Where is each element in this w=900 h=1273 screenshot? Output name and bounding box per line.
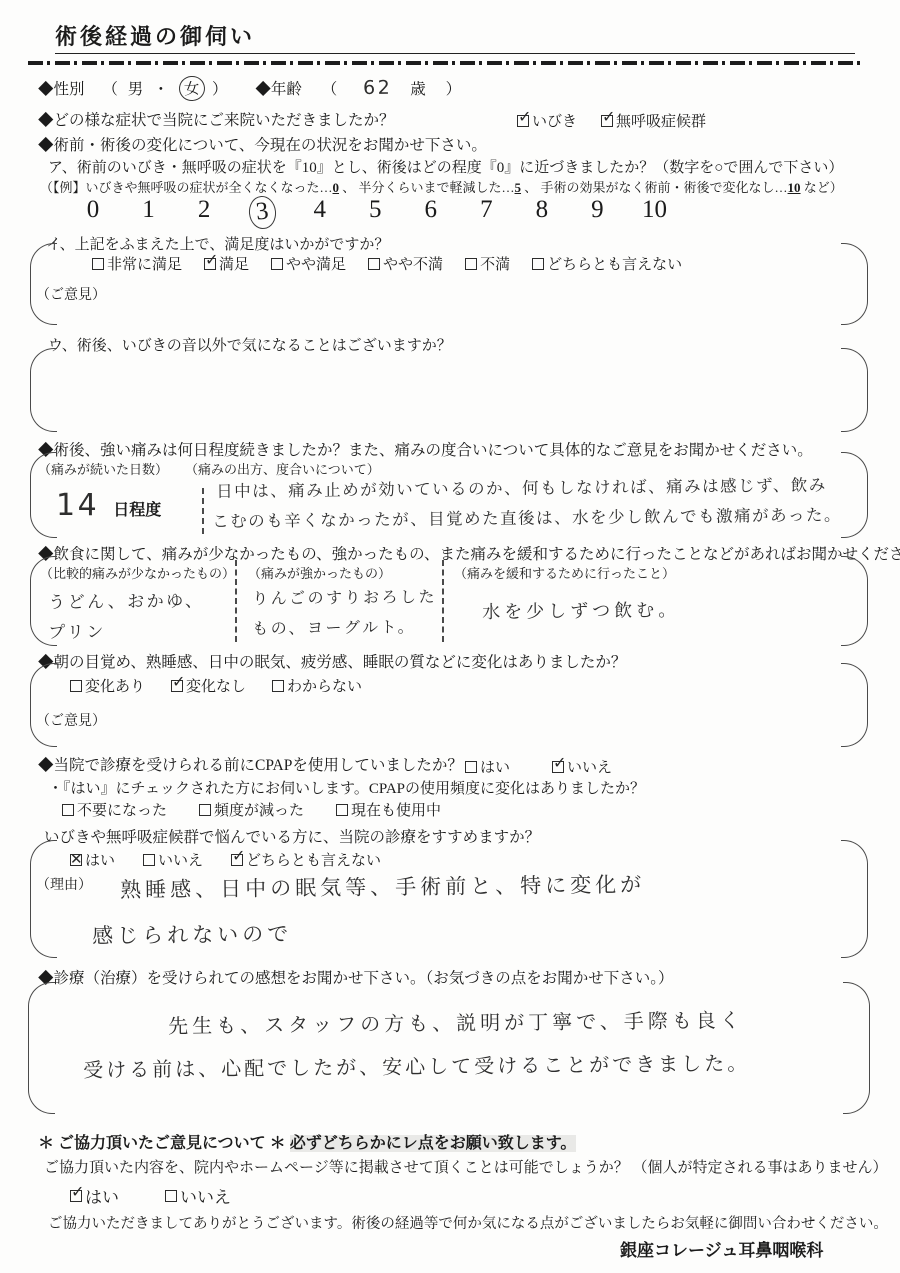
- profile-row: ◆性別 （ 男 ・ 女 ） ◆年齢 （ 62 歳 ）: [38, 76, 461, 101]
- checkbox-rec-no[interactable]: [143, 854, 155, 866]
- cpap-freq-options: 不要になった 頻度が減った 現在も使用中: [62, 799, 441, 820]
- severity-scale: 0 1 2 3 4 5 6 7 8 9 10: [82, 196, 667, 229]
- checkbox-label: どちらとも言えない: [246, 849, 381, 870]
- eating-col2-label: （痛みが強かったもの）: [248, 563, 391, 582]
- option-wakaranai: わからない: [272, 675, 362, 696]
- gender-option-female-circled[interactable]: 女: [178, 75, 205, 102]
- option-fuman: 不満: [465, 253, 510, 274]
- checkbox-rec-dochira[interactable]: [231, 854, 243, 866]
- option-rec-dochira: どちらとも言えない: [231, 849, 381, 870]
- pain-box: （痛みが続いた日数） （痛みの出方、度合いについて） 14 日程度 日中は、痛み…: [30, 452, 868, 538]
- cpap-option-yes: はい: [465, 756, 510, 777]
- section-divider: [28, 61, 860, 65]
- option-dochira: どちらとも言えない: [532, 253, 682, 274]
- recommend-reason-line1-handwritten[interactable]: 熟睡感、日中の眠気等、手術前と、特に変化が: [120, 869, 645, 904]
- checkbox-label: 不要になった: [77, 799, 167, 820]
- change-heading: ◆術前・術後の変化について、今現在の状況をお聞かせ下さい。: [38, 133, 487, 155]
- pain-days-label: （痛みが続いた日数）: [38, 459, 168, 478]
- scale-9[interactable]: 9: [586, 196, 608, 229]
- option-manzoku: 満足: [204, 253, 249, 274]
- scale-8[interactable]: 8: [531, 196, 553, 229]
- checkbox-label: 頻度が減った: [214, 799, 304, 820]
- checkbox-dochira[interactable]: [532, 258, 544, 270]
- age-value-handwritten[interactable]: 62: [363, 77, 392, 99]
- scale-0[interactable]: 0: [82, 196, 104, 229]
- paren: ）: [446, 81, 462, 98]
- checkbox-label: 変化なし: [186, 675, 246, 696]
- checkbox-label: はい: [480, 756, 510, 777]
- symptom-question: ◆どの様な症状で当院にご来院いただきましたか？: [38, 108, 395, 130]
- recommend-options: はい いいえ どちらとも言えない: [70, 849, 868, 870]
- gender-option-male[interactable]: 男: [128, 81, 144, 98]
- opinion-label: （ご意見）: [36, 284, 868, 304]
- scale-6[interactable]: 6: [420, 196, 442, 229]
- consent-heading-prefix: ＊ ご協力頂いたご意見について ＊: [38, 1135, 290, 1152]
- scale-7[interactable]: 7: [475, 196, 497, 229]
- cpap-followup: ・『はい』にチェックされた方にお伺いします。CPAPの使用頻度に変化はありました…: [48, 777, 645, 798]
- checkbox-label: やや不満: [383, 253, 443, 274]
- eating-col1-line2-handwritten[interactable]: プリン: [48, 617, 106, 643]
- pain-days-answer[interactable]: 14 日程度: [56, 488, 161, 523]
- checkbox-henka-ari[interactable]: [70, 680, 82, 692]
- option-rec-no: いいえ: [143, 849, 203, 870]
- checkbox-label: 現在も使用中: [351, 799, 441, 820]
- consent-option-yes: はい: [70, 1183, 119, 1208]
- checkbox-label: はい: [85, 1183, 119, 1208]
- cpap-option-no: いいえ: [552, 756, 612, 777]
- scale-5[interactable]: 5: [364, 196, 386, 229]
- option-henka-ari: 変化あり: [70, 675, 145, 696]
- example-text: 、 手術の効果がなく術前・術後で変化なし…: [521, 180, 788, 195]
- eating-col1-line1-handwritten[interactable]: うどん、おかゆ、: [48, 586, 205, 613]
- dot: ・: [153, 81, 169, 98]
- eating-box: （比較的痛みが少なかったもの） （痛みが強かったもの） （痛みを緩和するために行…: [30, 556, 868, 646]
- gender-label: ◆性別: [38, 81, 85, 98]
- change-example: （【例】いびきや無呼吸の症状が全くなくなった…0 、 半分くらいまで軽減した…5…: [40, 177, 843, 196]
- checkbox-genzai-shiyou[interactable]: [336, 804, 348, 816]
- consent-options: はい いいえ: [70, 1183, 231, 1208]
- consent-heading-bold: 必ずどちらかにレ点をお願い致します。: [290, 1135, 577, 1152]
- age-label: ◆年齢: [255, 81, 302, 98]
- scale-1[interactable]: 1: [138, 196, 160, 229]
- consent-option-no: いいえ: [165, 1183, 231, 1208]
- consent-heading: ＊ ご協力頂いたご意見について ＊ 必ずどちらかにレ点をお願い致します。: [38, 1130, 576, 1153]
- example-text: など）: [801, 180, 843, 195]
- option-henka-nashi: 変化なし: [171, 675, 246, 696]
- checkbox-henka-nashi[interactable]: [171, 680, 183, 692]
- option-fuyou: 不要になった: [62, 799, 167, 820]
- change-sub-a: ア、術前のいびき・無呼吸の症状を『10』とし、術後はどの程度『0』に近づきました…: [48, 156, 843, 177]
- sleep-box: 変化あり 変化なし わからない （ご意見）: [30, 663, 868, 747]
- option-hijoni-manzoku: 非常に満足: [92, 253, 182, 274]
- checkbox-fuman[interactable]: [465, 258, 477, 270]
- pain-detail-line2-handwritten[interactable]: こむのも辛くなかったが、目覚めた直後は、水を少し飲んでも激痛があった。: [212, 501, 842, 532]
- eating-col3-line1-handwritten[interactable]: 水を少しずつ飲む。: [482, 596, 680, 624]
- symptom-option-ibiki: いびき: [517, 110, 577, 131]
- checkbox-label: やや満足: [286, 253, 346, 274]
- checkbox-consent-yes[interactable]: [70, 1190, 82, 1202]
- checkbox-label: いびき: [532, 110, 577, 131]
- recommend-box: はい いいえ どちらとも言えない （理由） 熟睡感、日中の眠気等、手術前と、特に…: [30, 840, 868, 958]
- sleep-options: 変化あり 変化なし わからない: [70, 675, 868, 696]
- pain-detail-line1-handwritten[interactable]: 日中は、痛み止めが効いているのか、何もしなければ、痛みは感じず、飲み: [216, 472, 827, 502]
- checkbox-label: はい: [85, 849, 115, 870]
- clinic-name: 銀座コレージュ耳鼻咽喉科: [620, 1236, 823, 1261]
- option-genzai-shiyou: 現在も使用中: [336, 799, 441, 820]
- checkbox-label: いいえ: [567, 756, 612, 777]
- eating-col2-line2-handwritten[interactable]: もの、ヨーグルト。: [252, 614, 416, 639]
- questionnaire-form: 術後経過の御伺い ◆性別 （ 男 ・ 女 ） ◆年齢 （ 62 歳 ） ◆どの様…: [0, 0, 900, 1273]
- checkbox-label: わからない: [287, 675, 362, 696]
- checkbox-hindo-hetta[interactable]: [199, 804, 211, 816]
- page-title: 術後経過の御伺い: [55, 20, 255, 51]
- paren: （: [102, 81, 118, 98]
- checkbox-yaya-manzoku[interactable]: [271, 258, 283, 270]
- paren: ）: [212, 81, 228, 98]
- symptom-option-mukokyu: 無呼吸症候群: [601, 110, 706, 131]
- eating-col3-label: （痛みを緩和するために行ったこと）: [454, 563, 675, 582]
- example-text: （【例】いびきや無呼吸の症状が全くなくなった…: [40, 180, 333, 195]
- checkbox-yaya-fuman[interactable]: [368, 258, 380, 270]
- checkbox-label: 満足: [219, 253, 249, 274]
- option-rec-yes: はい: [70, 849, 115, 870]
- age-unit: 歳: [410, 81, 426, 98]
- checkbox-rec-yes-crossed[interactable]: [70, 854, 82, 866]
- scale-4[interactable]: 4: [309, 196, 331, 229]
- cpap-answer: はい いいえ: [465, 756, 612, 777]
- checkbox-wakaranai[interactable]: [272, 680, 284, 692]
- satisfaction-options: 非常に満足 満足 やや満足 やや不満 不満 どちらとも言えない: [92, 253, 868, 274]
- impressions-line1-handwritten[interactable]: 先生も、スタッフの方も、説明が丁寧で、手際も良く: [168, 1004, 744, 1039]
- consent-question: ご協力頂いた内容を、院内やホームページ等に掲載させて頂くことは可能でしょうか？ …: [44, 1156, 887, 1177]
- example-value-10: 10: [788, 180, 801, 195]
- option-yaya-fuman: やや不満: [368, 253, 443, 274]
- column-divider: [442, 560, 444, 642]
- column-divider: [235, 560, 237, 642]
- checkbox-label: 変化あり: [85, 675, 145, 696]
- pain-days-unit: 日程度: [113, 502, 161, 519]
- scale-2[interactable]: 2: [193, 196, 215, 229]
- checkbox-label: いいえ: [180, 1183, 231, 1208]
- option-hindo-hetta: 頻度が減った: [199, 799, 304, 820]
- impressions-line2-handwritten[interactable]: 受ける前は、心配でしたが、安心して受けることができました。: [83, 1047, 750, 1083]
- checkbox-label: 無呼吸症候群: [616, 110, 706, 131]
- scale-3-circled[interactable]: 3: [247, 195, 277, 231]
- eating-col2-line1-handwritten[interactable]: りんごのすりおろした: [252, 584, 437, 609]
- checkbox-label: どちらとも言えない: [547, 253, 682, 274]
- checkbox-mukokyu[interactable]: [601, 115, 613, 127]
- checkbox-label: 不満: [480, 253, 510, 274]
- checkbox-hijoni-manzoku[interactable]: [92, 258, 104, 270]
- checkbox-consent-no[interactable]: [165, 1190, 177, 1202]
- thanks-message: ご協力いただきましてありがとうございます。術後の経過等で何か気になる点がございま…: [48, 1212, 888, 1233]
- eating-col1-label: （比較的痛みが少なかったもの）: [40, 563, 235, 582]
- checkbox-fuyou[interactable]: [62, 804, 74, 816]
- checkbox-ibiki[interactable]: [517, 115, 529, 127]
- column-divider: [202, 488, 204, 534]
- sub-u-answer-box[interactable]: [30, 348, 868, 432]
- recommend-reason-line2-handwritten[interactable]: 感じられないので: [92, 918, 292, 950]
- scale-10[interactable]: 10: [642, 196, 667, 229]
- opinion-label: （ご意見）: [36, 710, 868, 730]
- reason-label: （理由）: [36, 874, 92, 894]
- example-text: 、 半分くらいまで軽減した…: [339, 180, 515, 195]
- checkbox-label: 非常に満足: [107, 253, 182, 274]
- checkbox-cpap-yes[interactable]: [465, 761, 477, 773]
- checkbox-manzoku[interactable]: [204, 258, 216, 270]
- option-yaya-manzoku: やや満足: [271, 253, 346, 274]
- checkbox-label: いいえ: [158, 849, 203, 870]
- pain-detail-label: （痛みの出方、度合いについて）: [185, 459, 380, 478]
- pain-days-value-handwritten: 14: [56, 488, 99, 523]
- symptom-options: いびき 無呼吸症候群: [517, 110, 706, 131]
- cpap-question: ◆当院で診療を受けられる前にCPAPを使用していましたか？: [38, 753, 463, 775]
- satisfaction-box: 非常に満足 満足 やや満足 やや不満 不満 どちらとも言えない （ご意見）: [30, 243, 868, 325]
- title-underline: [55, 53, 855, 54]
- impressions-box: 先生も、スタッフの方も、説明が丁寧で、手際も良く 受ける前は、心配でしたが、安心…: [28, 982, 870, 1114]
- paren: （: [322, 81, 338, 98]
- checkbox-cpap-no[interactable]: [552, 761, 564, 773]
